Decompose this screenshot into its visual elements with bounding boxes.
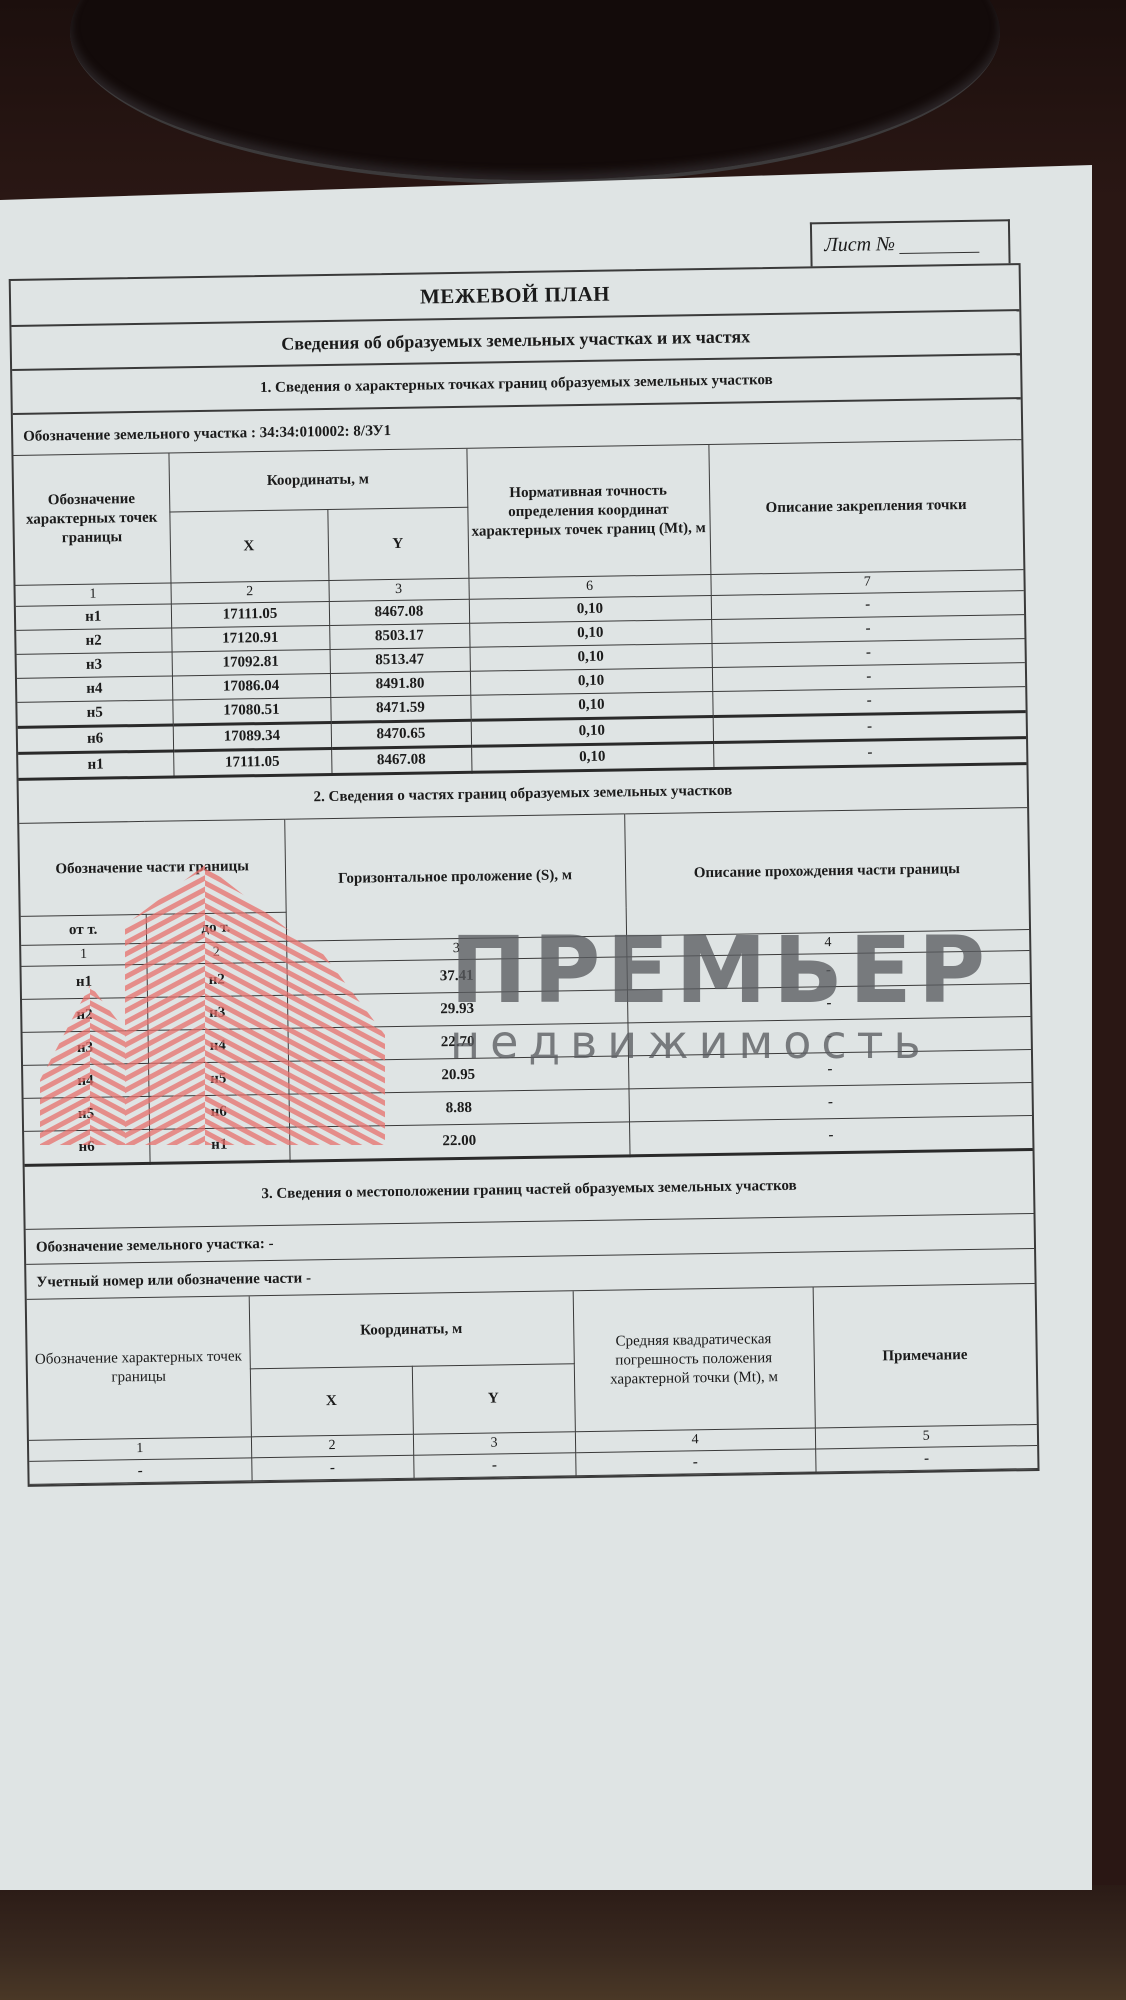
- sheet-number-blank: [899, 233, 979, 253]
- cell-error: -: [575, 1449, 815, 1476]
- cell-from: н4: [23, 1063, 149, 1098]
- cell-length: 8.88: [289, 1089, 629, 1127]
- header-description: Описание прохождения части границы: [624, 808, 1029, 936]
- cell-point: н5: [17, 700, 172, 727]
- cell-y: 8467.08: [331, 746, 471, 774]
- cell-length: 22.70: [287, 1023, 627, 1061]
- cell-x: 17120.91: [171, 626, 329, 652]
- header-coords: Координаты, м: [249, 1291, 574, 1369]
- header-accuracy: Нормативная точность определения координ…: [466, 445, 710, 578]
- cell-accuracy: 0,10: [471, 742, 713, 772]
- cell-x: 17111.05: [173, 748, 331, 776]
- cell-to: н2: [146, 962, 287, 997]
- header-x: X: [250, 1366, 413, 1437]
- cell-y: 8467.08: [329, 599, 469, 625]
- col-number: 3: [328, 578, 468, 601]
- cell-to: н6: [149, 1094, 290, 1129]
- cell-y: 8470.65: [331, 720, 471, 748]
- cell-from: н6: [24, 1129, 150, 1165]
- segments-table: Обозначение части границы Горизонтальное…: [19, 807, 1032, 1167]
- cell-point: н2: [16, 628, 171, 654]
- header-part: Обозначение части границы: [19, 819, 285, 916]
- cell-y: 8503.17: [329, 623, 469, 649]
- header-point: Обозначение характерных точек границы: [27, 1296, 251, 1440]
- col-number: 2: [251, 1434, 413, 1458]
- cell-from: н3: [23, 1030, 149, 1065]
- cell-to: н3: [147, 995, 288, 1030]
- cell-point: н3: [17, 652, 172, 678]
- header-y: Y: [327, 507, 468, 580]
- col-number: 2: [146, 941, 286, 964]
- header-to: до т.: [146, 912, 286, 943]
- document-frame: МЕЖЕВОЙ ПЛАН Сведения об образуемых земе…: [9, 263, 1040, 1487]
- cell-point: -: [29, 1458, 251, 1484]
- cell-x: 17092.81: [172, 650, 330, 676]
- cell-from: н1: [21, 964, 147, 999]
- col-number: 1: [21, 943, 146, 966]
- cell-length: 37.41: [286, 957, 626, 995]
- cell-point: н1: [16, 604, 171, 630]
- col-number: 3: [413, 1432, 575, 1456]
- cell-x: 17111.05: [171, 602, 329, 628]
- cell-x: -: [251, 1455, 413, 1481]
- cell-from: н5: [24, 1096, 150, 1131]
- sheet-number-label: Лист №: [824, 233, 895, 257]
- cell-length: 22.00: [289, 1122, 629, 1161]
- sheet-number-box: Лист №: [810, 219, 1011, 266]
- cell-from: н2: [22, 997, 148, 1032]
- header-fixing: Описание закрепления точки: [708, 440, 1023, 574]
- points-table: Обозначение характерных точек границы Ко…: [13, 440, 1026, 781]
- header-error: Средняя квадратическая погрешность полож…: [573, 1287, 815, 1431]
- cell-length: 20.95: [288, 1056, 628, 1094]
- cell-note: -: [815, 1445, 1037, 1471]
- cell-x: 17086.04: [172, 673, 330, 699]
- cell-to: н4: [148, 1028, 289, 1063]
- cell-to: н5: [148, 1061, 289, 1096]
- cell-y: 8471.59: [330, 695, 470, 722]
- cell-point: н6: [18, 725, 173, 753]
- header-length: Горизонтальное проложение (S), м: [284, 814, 626, 941]
- header-note: Примечание: [813, 1284, 1037, 1428]
- cell-x: 17089.34: [173, 722, 331, 750]
- cell-x: 17080.51: [172, 697, 330, 724]
- cell-point: н4: [17, 676, 172, 702]
- part-points-table: Обозначение характерных точек границы Ко…: [27, 1284, 1038, 1485]
- cell-y: 8491.80: [330, 671, 470, 697]
- cell-length: 29.93: [287, 990, 627, 1028]
- header-coords: Координаты, м: [168, 449, 467, 512]
- cell-description: -: [629, 1116, 1032, 1156]
- cell-to: н1: [149, 1127, 290, 1163]
- cell-accuracy: 0,10: [471, 716, 713, 746]
- cell-point: н1: [18, 751, 173, 779]
- cell-accuracy: 0,10: [470, 691, 712, 720]
- header-point: Обозначение характерных точек границы: [13, 454, 170, 586]
- header-y: Y: [412, 1364, 575, 1435]
- background-table: [0, 1885, 1126, 2000]
- cell-fixing: -: [713, 738, 1026, 769]
- col-number: 2: [170, 581, 328, 604]
- col-number: 1: [16, 583, 171, 606]
- header-x: X: [169, 510, 328, 583]
- cell-y: 8513.47: [330, 647, 470, 673]
- header-from: от т.: [21, 914, 146, 945]
- cell-y: -: [413, 1453, 575, 1479]
